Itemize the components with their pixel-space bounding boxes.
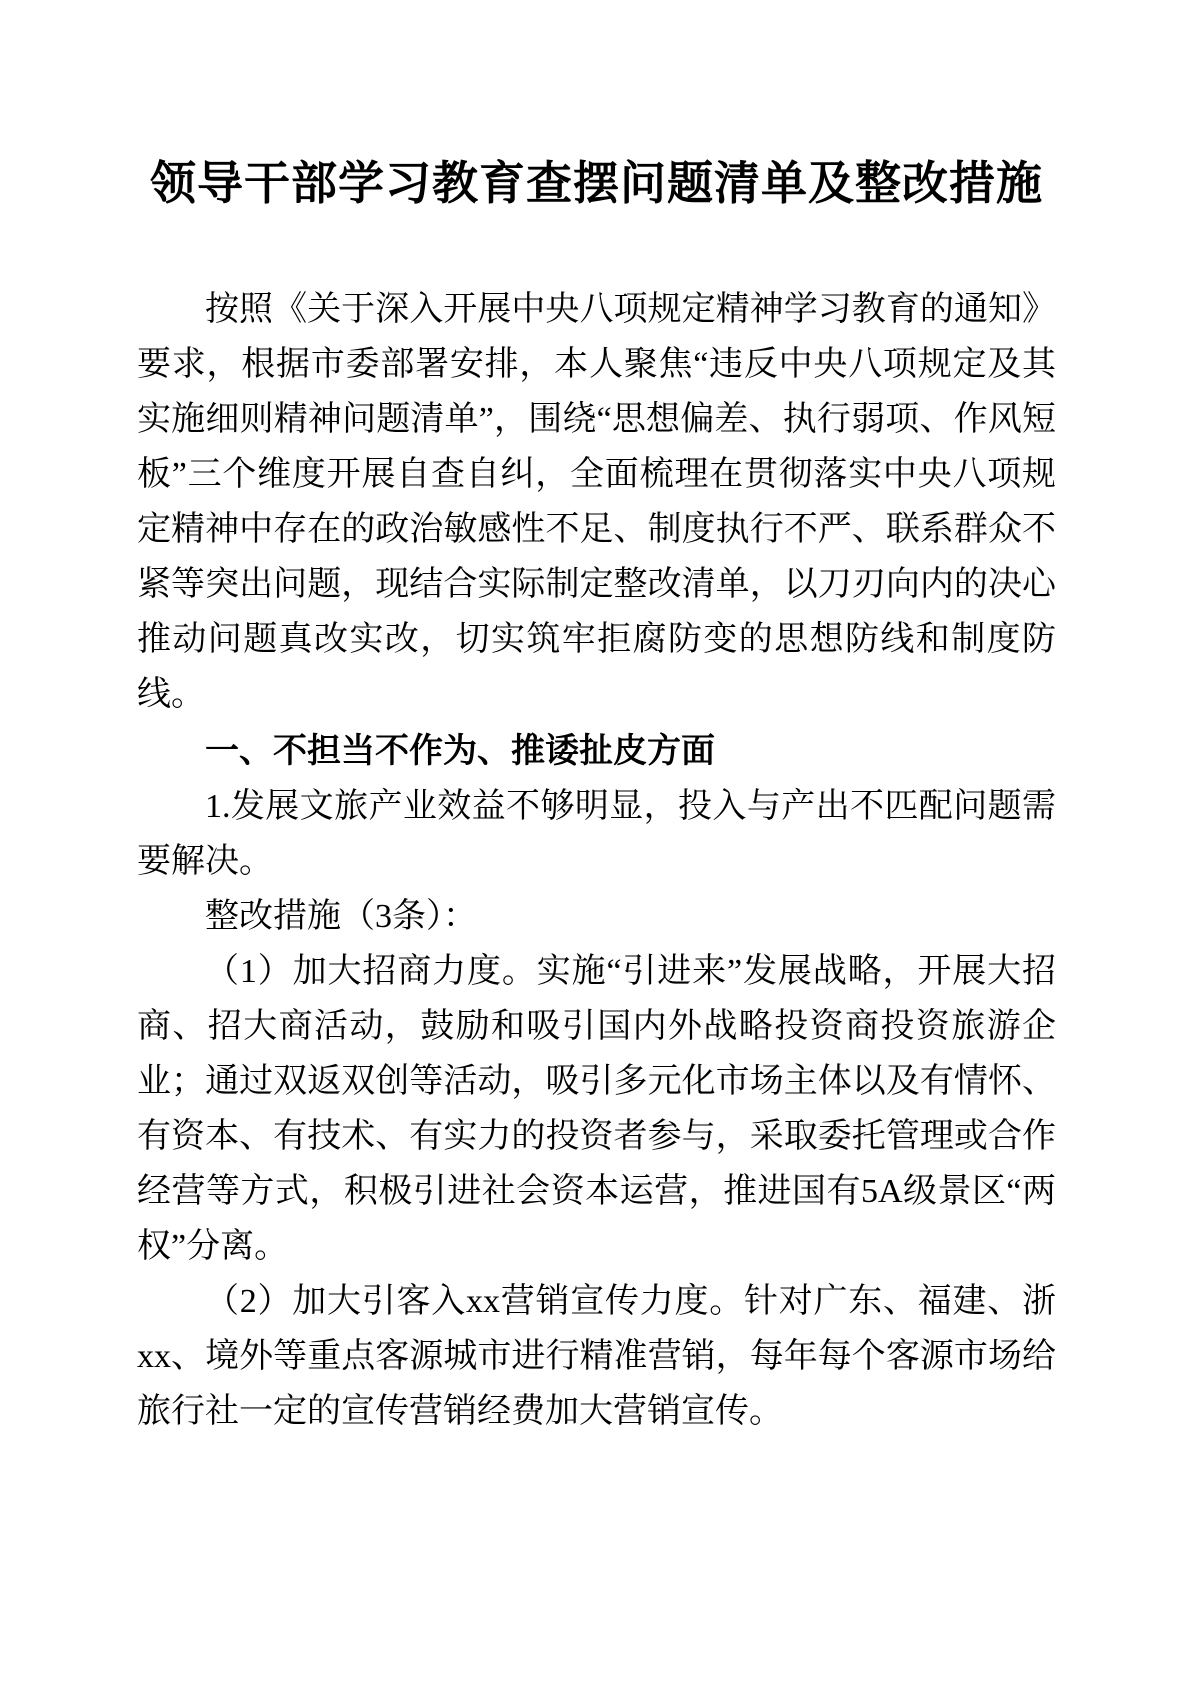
section-heading-1: 一、不担当不作为、推诿扯皮方面 [137,724,1056,779]
paragraph-problem-1: 1.发展文旅产业效益不够明显，投入与产出不匹配问题需要解决。 [137,779,1056,889]
document-title-text: 领导干部学习教育查摆问题清单及整改措施 [150,158,1043,209]
paragraph-measure-1: （1）加大招商力度。实施“引进来”发展战略，开展大招商、招大商活动，鼓励和吸引国… [137,944,1056,1274]
document-page: 领导干部学习教育查摆问题清单及整改措施 按照《关于深入开展中央八项规定精神学习教… [0,0,1190,1683]
paragraph-measure-2: （2）加大引客入xx营销宣传力度。针对广东、福建、浙xx、境外等重点客源城市进行… [137,1274,1056,1439]
paragraph-intro: 按照《关于深入开展中央八项规定精神学习教育的通知》要求，根据市委部署安排，本人聚… [137,282,1056,722]
document-title: 领导干部学习教育查摆问题清单及整改措施 [137,152,1056,216]
paragraph-measures-label: 整改措施（3条）： [137,889,1056,944]
